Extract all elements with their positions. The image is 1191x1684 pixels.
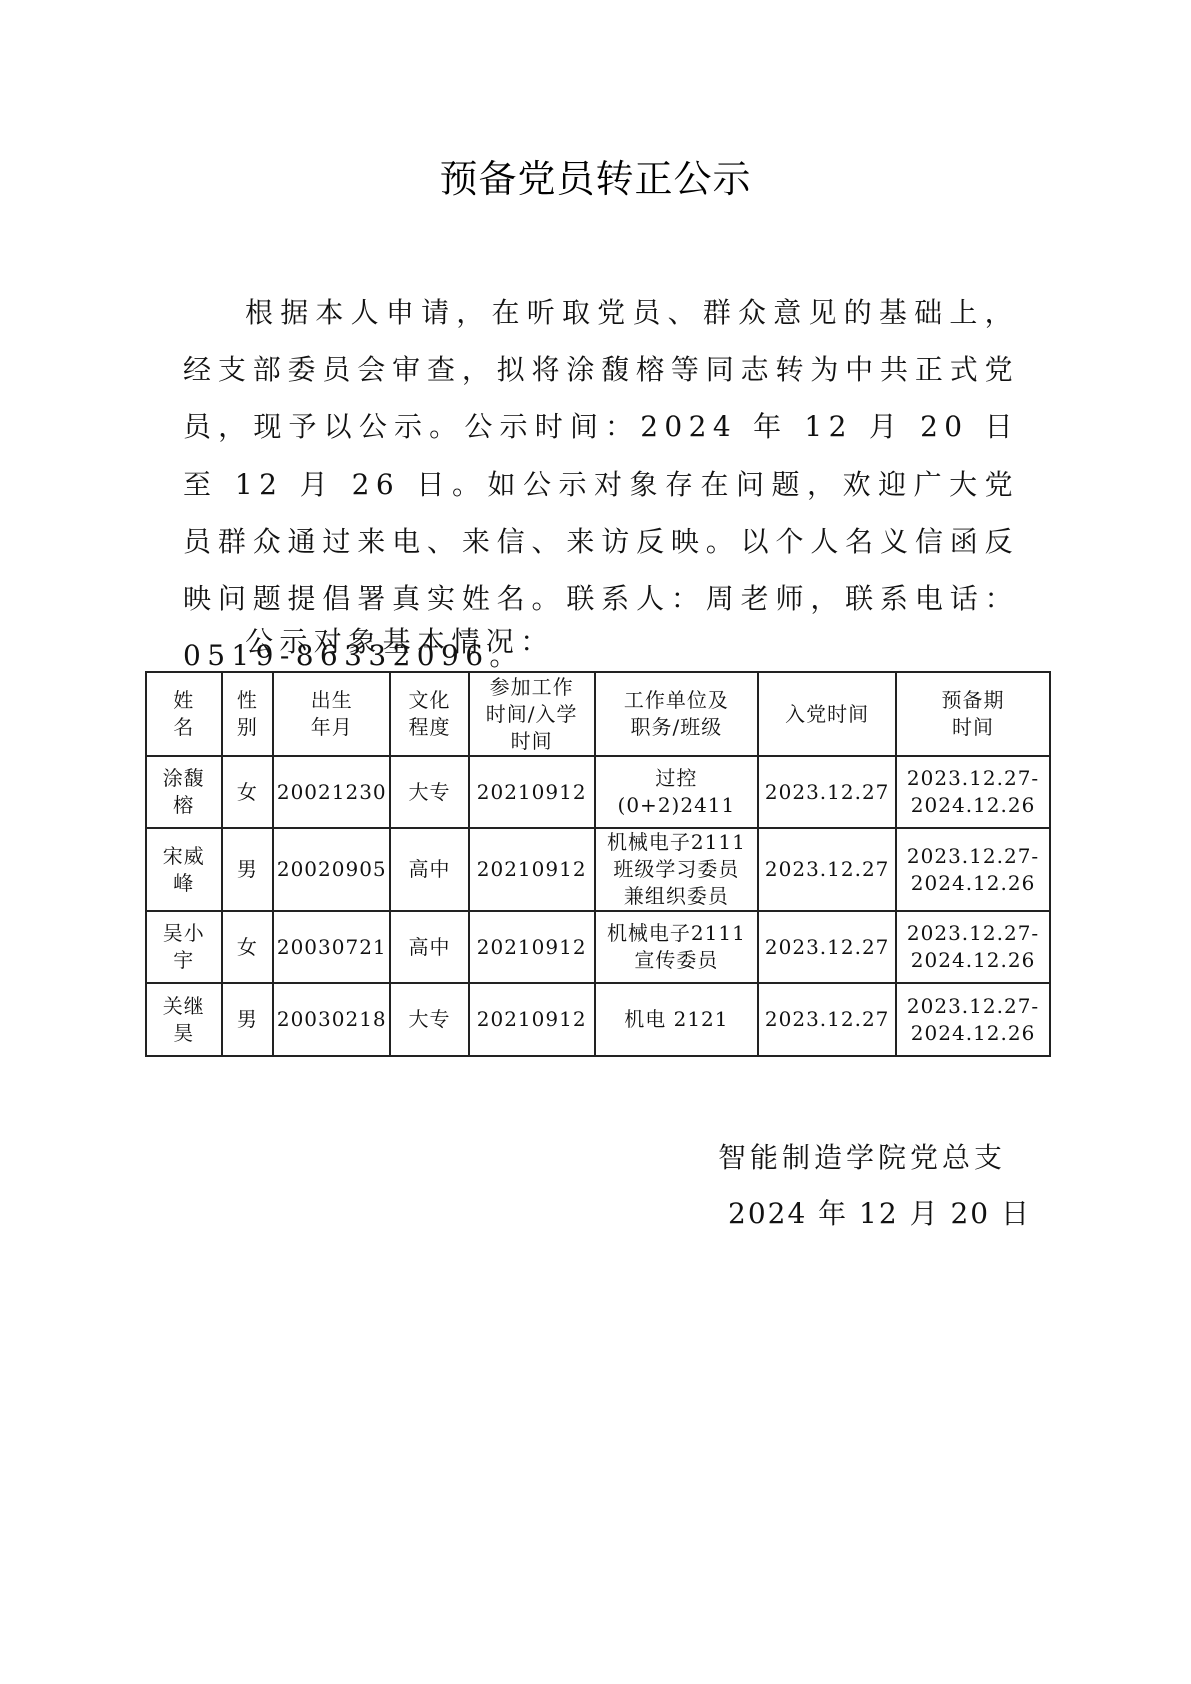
cell-birth: 20021230 [273,756,390,828]
cell-work-start: 20210912 [469,756,595,828]
cell-gender: 男 [222,828,274,911]
document-title: 预备党员转正公示 [0,148,1191,203]
cell-join-date: 2023.12.27 [758,828,896,911]
cell-name: 宋威 峰 [146,828,222,911]
signature-org: 智能制造学院党总支 [718,1136,1006,1176]
cell-gender: 女 [222,756,274,828]
cell-probation: 2023.12.27- 2024.12.26 [896,983,1050,1056]
header-name: 姓 名 [146,672,222,756]
header-join-date: 入党时间 [758,672,896,756]
header-work-start: 参加工作 时间/入学 时间 [469,672,595,756]
table-row: 关继 昊 男 20030218 大专 20210912 机电 2121 2023… [146,983,1050,1056]
cell-unit-position: 机电 2121 [595,983,759,1056]
cell-probation: 2023.12.27- 2024.12.26 [896,828,1050,911]
cell-education: 大专 [390,756,468,828]
cell-work-start: 20210912 [469,911,595,983]
table-row: 涂馥 榕 女 20021230 大专 20210912 过控 (0+2)2411… [146,756,1050,828]
cell-join-date: 2023.12.27 [758,911,896,983]
cell-probation: 2023.12.27- 2024.12.26 [896,911,1050,983]
signature-date: 2024 年 12 月 20 日 [728,1192,1031,1232]
document-page: 预备党员转正公示 根据本人申请，在听取党员、群众意见的基础上，经支部委员会审查，… [0,0,1191,1684]
cell-gender: 男 [222,983,274,1056]
cell-unit-position: 机械电子2111 宣传委员 [595,911,759,983]
cell-education: 高中 [390,828,468,911]
candidates-table: 姓 名 性 别 出生 年月 文化 程度 参加工作 时间/入学 时间 工作单位及 … [145,671,1051,1057]
cell-name: 关继 昊 [146,983,222,1056]
header-unit-position: 工作单位及 职务/班级 [595,672,759,756]
cell-probation: 2023.12.27- 2024.12.26 [896,756,1050,828]
cell-birth: 20030218 [273,983,390,1056]
cell-join-date: 2023.12.27 [758,756,896,828]
cell-unit-position: 机械电子2111 班级学习委员 兼组织委员 [595,828,759,911]
cell-birth: 20020905 [273,828,390,911]
table-header-row: 姓 名 性 别 出生 年月 文化 程度 参加工作 时间/入学 时间 工作单位及 … [146,672,1050,756]
subheading: 公示对象基本情况： [245,620,555,660]
cell-name: 吴小 宇 [146,911,222,983]
cell-name: 涂馥 榕 [146,756,222,828]
header-education: 文化 程度 [390,672,468,756]
cell-education: 高中 [390,911,468,983]
cell-gender: 女 [222,911,274,983]
header-probation: 预备期 时间 [896,672,1050,756]
cell-birth: 20030721 [273,911,390,983]
cell-join-date: 2023.12.27 [758,983,896,1056]
table-row: 宋威 峰 男 20020905 高中 20210912 机械电子2111 班级学… [146,828,1050,911]
header-gender: 性 别 [222,672,274,756]
cell-education: 大专 [390,983,468,1056]
cell-work-start: 20210912 [469,828,595,911]
table-row: 吴小 宇 女 20030721 高中 20210912 机械电子2111 宣传委… [146,911,1050,983]
cell-unit-position: 过控 (0+2)2411 [595,756,759,828]
cell-work-start: 20210912 [469,983,595,1056]
header-birth: 出生 年月 [273,672,390,756]
